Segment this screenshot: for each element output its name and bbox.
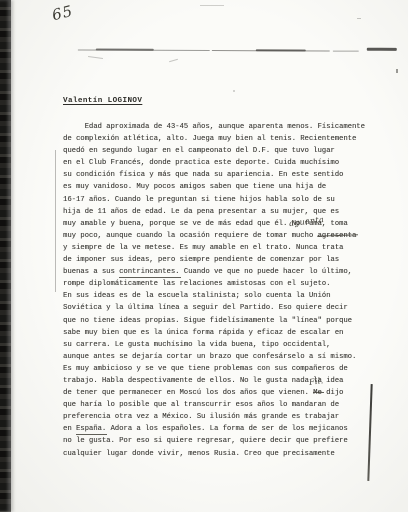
typed-line: cualquier lugar donde vivir, menos Rusia…: [63, 448, 375, 460]
typed-line: de imponer sus ideas, pero siempre pendi…: [63, 254, 375, 266]
scan-speck: [200, 5, 224, 6]
scan-line-segment: [333, 51, 359, 52]
typed-line: En sus ideas es de la escuela stalinista…: [63, 290, 375, 302]
typed-line: trabajo. Habla despectivamente de ellos.…: [63, 375, 375, 387]
underline-espana: [76, 434, 107, 435]
binding-edge-strip: [0, 0, 11, 512]
typed-line: en España. Adora a los españoles. La for…: [63, 423, 375, 435]
underline-contrincantes: [119, 277, 181, 278]
typed-line: rompe diplomáticamente las relaciones am…: [63, 278, 375, 290]
typed-line: de complexión atlética, alto. Juega muy …: [63, 133, 375, 145]
handwritten-note-fil: Fil.: [309, 376, 324, 387]
typed-line: quedó en segundo lugar en el campeonato …: [63, 145, 375, 157]
typed-line: buenas a sus contrincantes. Cuando ve qu…: [63, 266, 375, 278]
typed-line: Es muy ambicioso y se ve que tiene probl…: [63, 363, 375, 375]
typed-line: muy amable y buena, porque se ve de más …: [63, 218, 375, 230]
scan-line-segment: [256, 49, 306, 51]
scanned-page: 65 Valentín LOGINOV Edad aproximada de 4…: [0, 0, 408, 512]
document-title: Valentín LOGINOV: [63, 97, 142, 105]
scan-speck: [233, 90, 235, 92]
typed-line: sabe muy bien que es la única forma rápi…: [63, 327, 375, 339]
typed-line: es muy vanidoso. Muy pocos amigos saben …: [63, 181, 375, 193]
typed-line: Soviética y la última línea a seguir del…: [63, 302, 375, 314]
typed-line: su condición física y más que nada su ap…: [63, 169, 375, 181]
document-body: Edad aproximada de 43-45 años, aunque ap…: [63, 121, 375, 460]
scan-speck: [169, 59, 178, 62]
scan-speck: [357, 18, 361, 19]
typed-line: no le gusta. Por eso si quiere regresar,…: [63, 435, 375, 447]
margin-fold-line: [55, 150, 56, 292]
typed-line: su carrera. Le gusta muchísimo la vida b…: [63, 339, 375, 351]
typed-line: en el Club Francés, donde practica este …: [63, 157, 375, 169]
typed-line: hija de 11 años de edad. Le da pena pres…: [63, 206, 375, 218]
typed-line: que no tiene ideas propias. Sigue fidelí…: [63, 315, 375, 327]
typed-line: aunque antes se dejaría cortar un brazo …: [63, 351, 375, 363]
typed-line: y siempre de la ve metese. Es muy amable…: [63, 242, 375, 254]
pen-strikethrough-me: [313, 392, 324, 393]
typed-line: Edad aproximada de 43-45 años, aunque ap…: [63, 121, 375, 133]
typed-line: que haría lo posible que al transcurrir …: [63, 399, 375, 411]
scan-line-segment: [96, 49, 154, 51]
scan-line-segment: [367, 48, 397, 51]
scan-speck: [396, 69, 398, 73]
typed-line: 16-17 años. Cuando le preguntan si tiene…: [63, 194, 375, 206]
scan-speck: [88, 56, 103, 59]
typed-line: de tener que permanecer en Moscú los dos…: [63, 387, 375, 399]
typed-line: preferencia otra vez a México. Su ilusió…: [63, 411, 375, 423]
